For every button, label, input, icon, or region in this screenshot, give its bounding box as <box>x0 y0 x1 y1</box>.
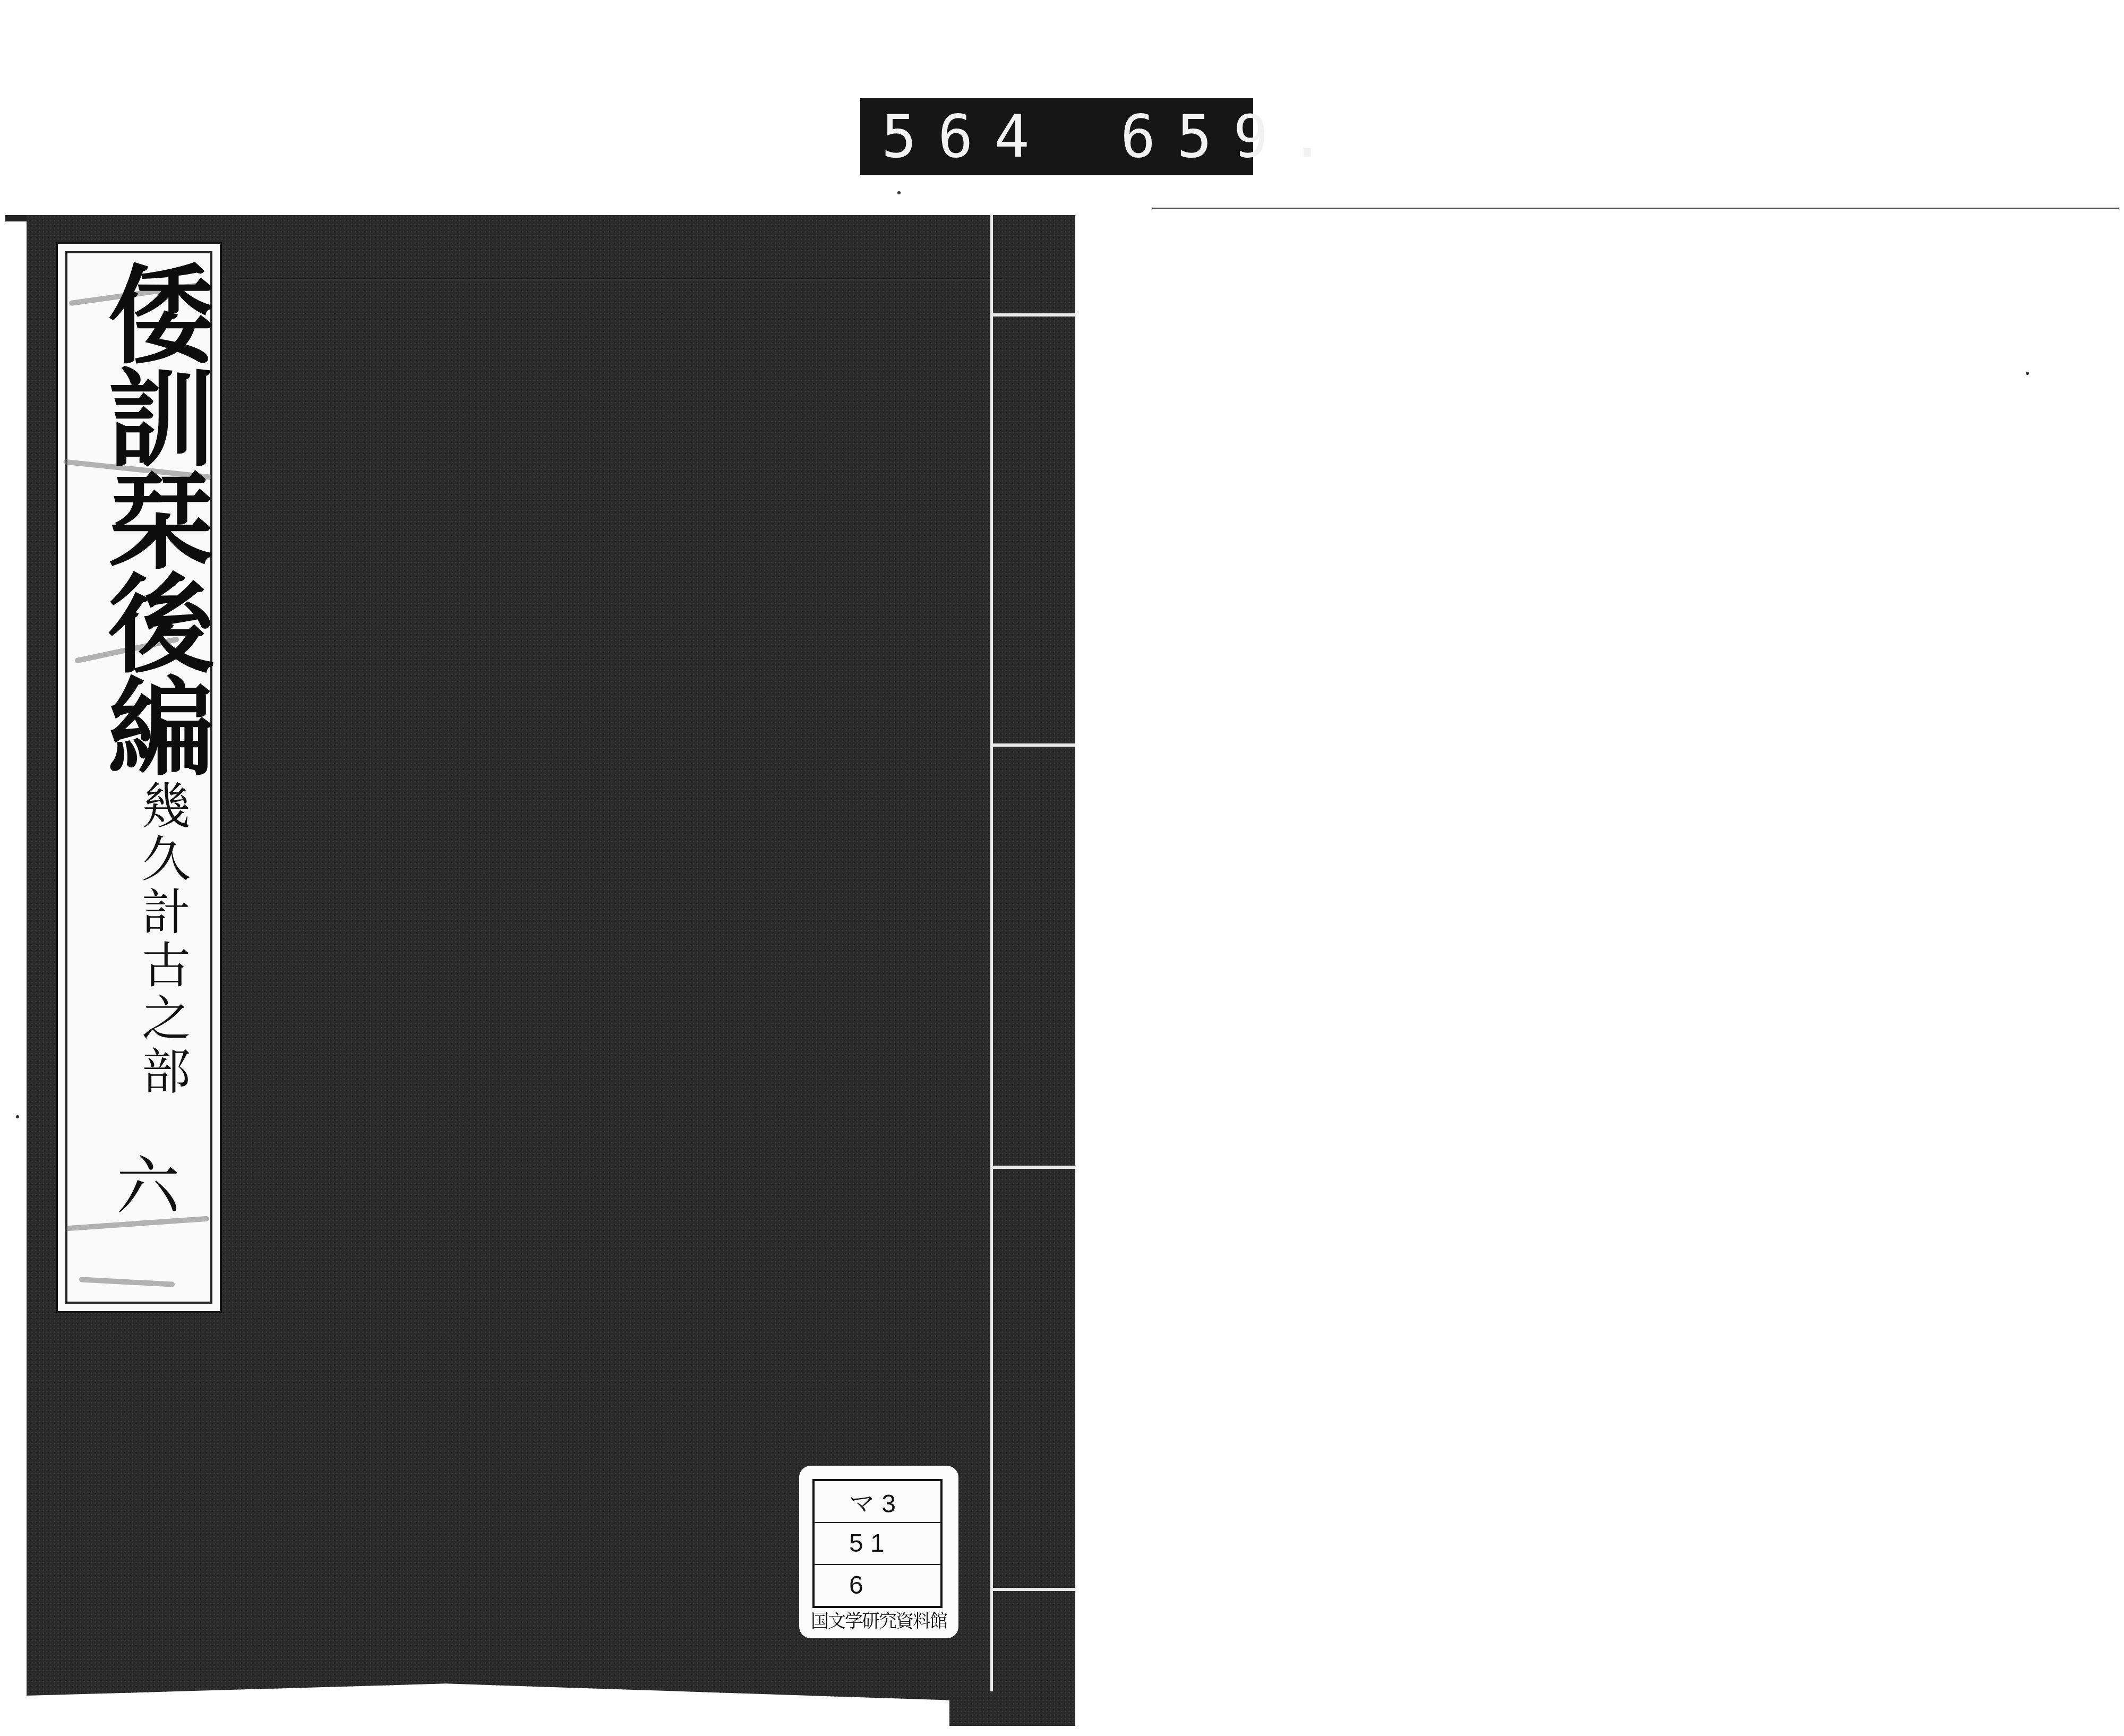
book-cover: 倭訓栞後編 幾久計古之部 六 マ 3 5 1 6 国文学研究資料館 <box>27 215 1075 1726</box>
call-number-table: マ 3 5 1 6 <box>812 1479 943 1608</box>
institution-name: 国文学研究資料館 <box>809 1606 949 1632</box>
frame-counter-right: 659. <box>1120 102 1346 170</box>
binding-thread-vertical <box>990 215 993 1691</box>
frame-counter: 564 659. <box>860 98 1253 175</box>
library-call-number-label: マ 3 5 1 6 国文学研究資料館 <box>799 1466 958 1638</box>
binding-stitch <box>993 313 1089 317</box>
call-number-row: 5 1 <box>813 1523 941 1564</box>
scan-speck <box>897 191 901 194</box>
binding-stitch <box>993 743 1089 747</box>
book-subtitle: 幾久計古之部 <box>138 780 186 1099</box>
scan-speck <box>2026 372 2029 375</box>
spine-edge <box>1083 215 1095 1726</box>
binding-stitch <box>993 1166 1089 1169</box>
frame-divider-line <box>1152 208 2119 209</box>
call-number-row: 6 <box>813 1564 941 1607</box>
scan-speck <box>16 1115 19 1118</box>
cover-crease <box>239 279 1004 280</box>
volume-number: 六 <box>116 1136 180 1227</box>
vine-ornament <box>79 1277 175 1287</box>
title-slip: 倭訓栞後編 幾久計古之部 六 <box>56 242 222 1313</box>
book-title: 倭訓栞後編 <box>89 260 205 775</box>
binding-stitch <box>993 1588 1089 1591</box>
frame-counter-left: 564 <box>881 102 1051 170</box>
call-number-row: マ 3 <box>813 1480 941 1523</box>
